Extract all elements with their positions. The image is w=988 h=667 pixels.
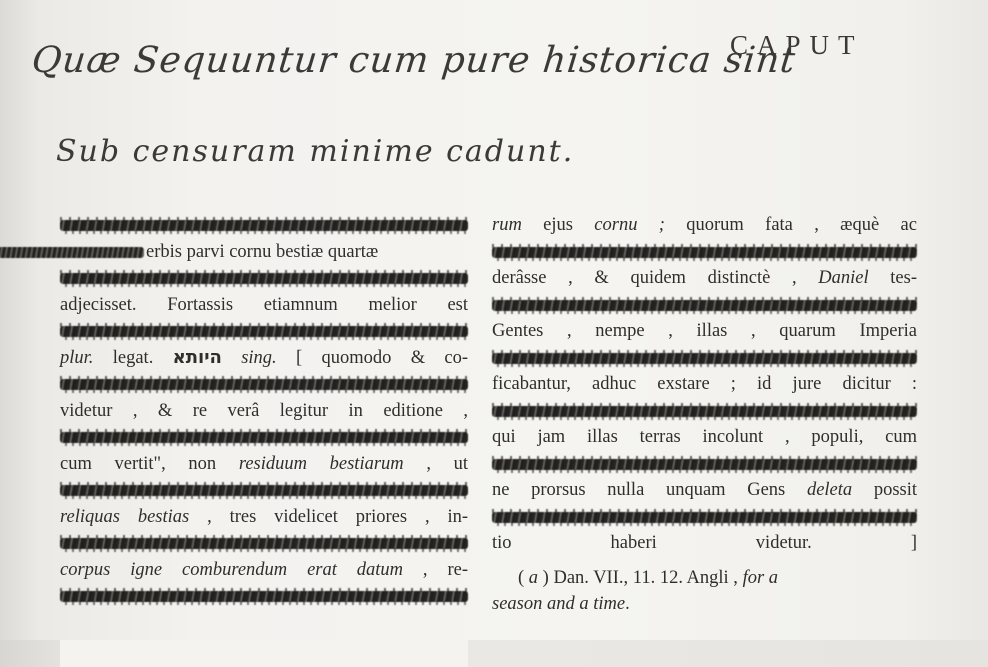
- italic-text: a: [529, 568, 538, 588]
- redaction-scribble: [60, 326, 468, 337]
- redaction-scribble: [492, 406, 917, 417]
- italic-text: residuum bestiarum: [239, 454, 404, 474]
- redaction-scribble: [492, 247, 917, 258]
- scanned-page: Quæ Sequuntur cum pure historica sint CA…: [0, 0, 988, 667]
- text-run: cum vertit", non: [60, 454, 239, 474]
- left-column: erbis parvi cornu bestiæ quartæadjecisse…: [60, 212, 468, 610]
- italic-text: reliquas bestias: [60, 507, 189, 527]
- text-run: , tres videlicet priores , in-: [189, 507, 468, 527]
- text-run: .: [625, 594, 630, 614]
- text-line: derâsse , & quidem distinctè , Daniel te…: [492, 265, 917, 292]
- text-line: plur. legat. היותא sing. [ quomodo & co-: [60, 345, 468, 372]
- redaction-scribble: [492, 353, 917, 364]
- text-run: (: [518, 568, 529, 588]
- redacted-line: [60, 371, 468, 398]
- handwritten-note-line-2: Sub censuram minime cadunt.: [56, 134, 574, 169]
- text-run: possit: [852, 480, 917, 500]
- text-line: corpus igne comburendum erat datum , re-: [60, 557, 468, 584]
- redacted-line: [492, 504, 917, 531]
- redaction-scribble: [60, 591, 468, 602]
- redaction-scribble: [492, 459, 917, 470]
- text-line: erbis parvi cornu bestiæ quartæ: [60, 239, 468, 266]
- text-run: ne prorsus nulla unquam Gens: [492, 480, 807, 500]
- page-bottom-edge: [0, 640, 988, 667]
- italic-text: sing.: [241, 348, 276, 368]
- redaction-scribble: [60, 273, 468, 284]
- text-run: ) Dan. VII., 11. 12. Angli ,: [538, 568, 743, 588]
- redaction-scribble: [0, 247, 144, 258]
- redacted-line: [60, 477, 468, 504]
- italic-text: season and a time: [492, 594, 625, 614]
- text-run: derâsse , & quidem distinctè ,: [492, 268, 818, 288]
- text-run: ejus: [522, 215, 594, 235]
- text-line: tio haberi videtur. ]: [492, 530, 917, 557]
- redaction-scribble: [60, 220, 468, 231]
- text-line: Gentes , nempe , illas , quarum Imperia: [492, 318, 917, 345]
- redaction-scribble: [60, 379, 468, 390]
- footnote: ( a ) Dan. VII., 11. 12. Angli , for ase…: [492, 565, 917, 618]
- text-line: ficabantur, adhuc exstare ; id jure dici…: [492, 371, 917, 398]
- redacted-line: [492, 398, 917, 425]
- redacted-line: [492, 451, 917, 478]
- text-run: , re-: [403, 560, 468, 580]
- text-run: [222, 348, 241, 368]
- redacted-line: [60, 583, 468, 610]
- text-line: ne prorsus nulla unquam Gens deleta poss…: [492, 477, 917, 504]
- text-line: cum vertit", non residuum bestiarum , ut: [60, 451, 468, 478]
- hebrew-word: היותא: [173, 347, 222, 368]
- redaction-scribble: [60, 538, 468, 549]
- redacted-line: [492, 345, 917, 372]
- redacted-line: [60, 265, 468, 292]
- italic-text: rum: [492, 215, 522, 235]
- text-run: quorum fata , æquè ac: [665, 215, 917, 235]
- right-column: rum ejus cornu ; quorum fata , æquè acde…: [492, 212, 917, 618]
- handwritten-note-line-1: Quæ Sequuntur cum pure historica sint: [30, 40, 798, 81]
- text-line: adjecisset. Fortassis etiamnum melior es…: [60, 292, 468, 319]
- italic-text: deleta: [807, 480, 852, 500]
- text-line: rum ejus cornu ; quorum fata , æquè ac: [492, 212, 917, 239]
- text-run: legat.: [93, 348, 172, 368]
- redaction-scribble: [60, 485, 468, 496]
- italic-text: corpus igne comburendum erat datum: [60, 560, 403, 580]
- redacted-line: [60, 212, 468, 239]
- running-head: CAPUT: [730, 30, 864, 61]
- text-run: tes-: [869, 268, 917, 288]
- italic-text: for a: [743, 568, 778, 588]
- text-line: qui jam illas terras incolunt , populi, …: [492, 424, 917, 451]
- redacted-line: [60, 424, 468, 451]
- redacted-line: [60, 318, 468, 345]
- redacted-line: [60, 530, 468, 557]
- redacted-line: [492, 292, 917, 319]
- redaction-scribble: [60, 432, 468, 443]
- footnote-line: ( a ) Dan. VII., 11. 12. Angli , for a: [492, 565, 917, 592]
- text-line: videtur , & re verâ legitur in editione …: [60, 398, 468, 425]
- redaction-scribble: [492, 512, 917, 523]
- italic-text: plur.: [60, 348, 93, 368]
- redaction-scribble: [492, 300, 917, 311]
- text-run: , ut: [404, 454, 468, 474]
- footnote-line: season and a time.: [492, 591, 917, 618]
- text-line: reliquas bestias , tres videlicet priore…: [60, 504, 468, 531]
- text-run: [ quomodo & co-: [277, 348, 468, 368]
- italic-text: cornu ;: [594, 215, 665, 235]
- redacted-line: [492, 239, 917, 266]
- italic-text: Daniel: [818, 268, 868, 288]
